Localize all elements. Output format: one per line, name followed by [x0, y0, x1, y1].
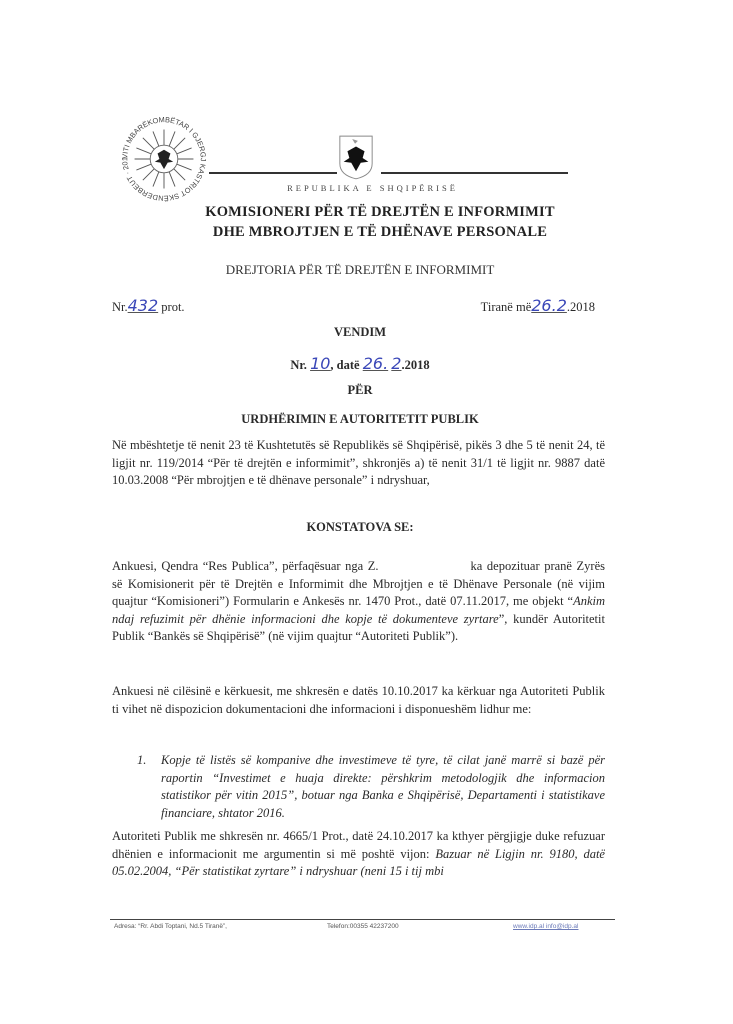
institution-name-line2: DHE MBROJTJEN E TË DHËNAVE PERSONALE: [150, 224, 610, 241]
header-rule-right: [381, 172, 568, 174]
decision-nr-prefix: Nr.: [290, 358, 307, 372]
year-suffix: .2018: [567, 300, 595, 314]
decision-title: VENDIM: [100, 325, 620, 340]
place-prefix: Tiranë më: [481, 300, 532, 314]
decision-year: .2018: [401, 358, 429, 372]
findings-heading: KONSTATOVA SE:: [100, 520, 620, 535]
footer-address: Adresa: “Rr. Abdi Toptani, Nd.5 Tiranë”,: [114, 923, 227, 930]
state-name: REPUBLIKA E SHQIPËRISË: [200, 183, 545, 193]
decision-subject: URDHËRIMIN E AUTORITETIT PUBLIK: [100, 412, 620, 427]
coat-of-arms-icon: [337, 133, 375, 181]
complaint-paragraph: Ankuesi, Qendra “Res Publica”, përfaqësu…: [112, 558, 605, 646]
decision-per: PËR: [100, 383, 620, 398]
legal-basis-paragraph: Në mbështetje të nenit 23 të Kushtetutës…: [112, 437, 605, 490]
department-name: DREJTORIA PËR TË DREJTËN E INFORMIMIT: [100, 262, 620, 278]
decision-number-line: Nr. 10, datë 26. 2.2018: [100, 354, 620, 373]
response-paragraph: Autoriteti Publik me shkresën nr. 4665/1…: [112, 828, 605, 881]
protocol-prefix: Nr.: [112, 300, 128, 314]
protocol-number-handwritten: 432: [128, 296, 159, 315]
footer-rule: [110, 919, 615, 920]
decision-date-prefix: , datë: [330, 358, 359, 372]
complainant-text: Ankuesi, Qendra “Res Publica”, përfaqësu…: [112, 559, 379, 573]
list-item: 1. Kopje të listës së kompanive dhe inve…: [137, 752, 605, 822]
decision-number-handwritten: 10: [310, 354, 330, 373]
place-date: Tiranë më26.2.2018: [481, 296, 595, 315]
list-item-number: 1.: [137, 752, 146, 770]
footer-phone: Telefon:00355 42237200: [327, 923, 399, 930]
date-handwritten: 26.2: [531, 296, 567, 315]
protocol-suffix: prot.: [161, 300, 184, 314]
institution-name-line1: KOMISIONERI PËR TË DREJTËN E INFORMIMIT: [150, 204, 610, 221]
list-item-text: Kopje të listës së kompanive dhe investi…: [161, 752, 605, 822]
request-paragraph: Ankuesi në cilësinë e kërkuesit, me shkr…: [112, 683, 605, 718]
protocol-number: Nr.432 prot.: [112, 296, 185, 315]
decision-day-handwritten: 26.: [363, 354, 388, 373]
header-rule-left: [209, 172, 337, 174]
footer-web-link[interactable]: www.idp.al info@idp.al: [513, 923, 579, 930]
decision-month-handwritten: 2: [391, 354, 401, 373]
anniversary-seal-icon: VITI MBARËKOMBËTAR I GJERGJ KASTRIOT SKË…: [118, 113, 210, 205]
